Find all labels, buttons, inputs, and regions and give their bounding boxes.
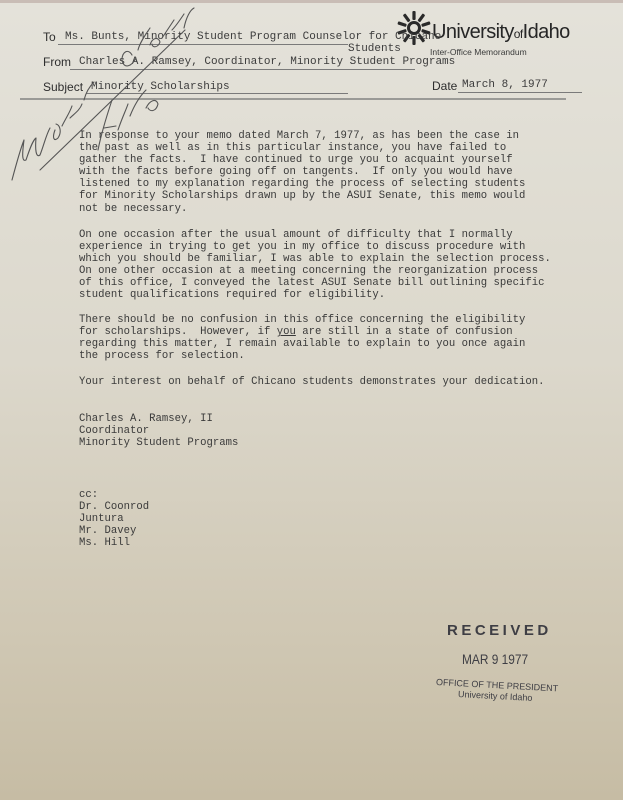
date-label: Date [432, 79, 457, 93]
date-underline [458, 92, 582, 93]
cc-recipient: Dr. Coonrod [79, 501, 149, 513]
paragraph-3: There should be no confusion in this off… [79, 314, 525, 362]
paper-top-edge [0, 0, 623, 3]
from-value: Charles A. Ramsey, Coordinator, Minority… [79, 56, 455, 68]
cc-recipient: Juntura [79, 513, 149, 525]
header-divider [20, 98, 566, 100]
underlined-you: you [277, 326, 296, 338]
subject-value: Minority Scholarships [91, 81, 230, 93]
received-stamp-title: RECEIVED [447, 622, 552, 639]
cc-recipient: Ms. Hill [79, 537, 149, 549]
signature-title: Coordinator [79, 425, 238, 437]
to-value-continued: Students [348, 43, 401, 55]
signature-department: Minority Student Programs [79, 437, 238, 449]
university-name: UniversityofIdaho [432, 21, 570, 44]
received-stamp-date: MAR 9 1977 [462, 651, 528, 667]
cc-block: cc:Dr. CoonrodJunturaMr. DaveyMs. Hill [79, 489, 149, 549]
to-underline [58, 44, 348, 45]
to-value: Ms. Bunts, Minority Student Program Coun… [65, 31, 441, 43]
to-label: To [43, 30, 56, 44]
memo-page: UniversityofIdaho Inter-Office Memorandu… [0, 0, 623, 800]
handwritten-annotation [0, 0, 623, 800]
paragraph-4: Your interest on behalf of Chicano stude… [79, 376, 545, 388]
cc-recipient: Mr. Davey [79, 525, 149, 537]
paragraph-1: In response to your memo dated March 7, … [79, 130, 525, 215]
signature-name: Charles A. Ramsey, II [79, 413, 238, 425]
from-underline [70, 69, 415, 70]
subject-label: Subject [43, 80, 83, 94]
cc-label: cc: [79, 489, 149, 501]
subject-underline [86, 93, 348, 94]
signature-block: Charles A. Ramsey, IICoordinatorMinority… [79, 413, 238, 449]
from-label: From [43, 55, 71, 69]
date-value: March 8, 1977 [462, 79, 548, 91]
paragraph-2: On one occasion after the usual amount o… [79, 229, 551, 302]
